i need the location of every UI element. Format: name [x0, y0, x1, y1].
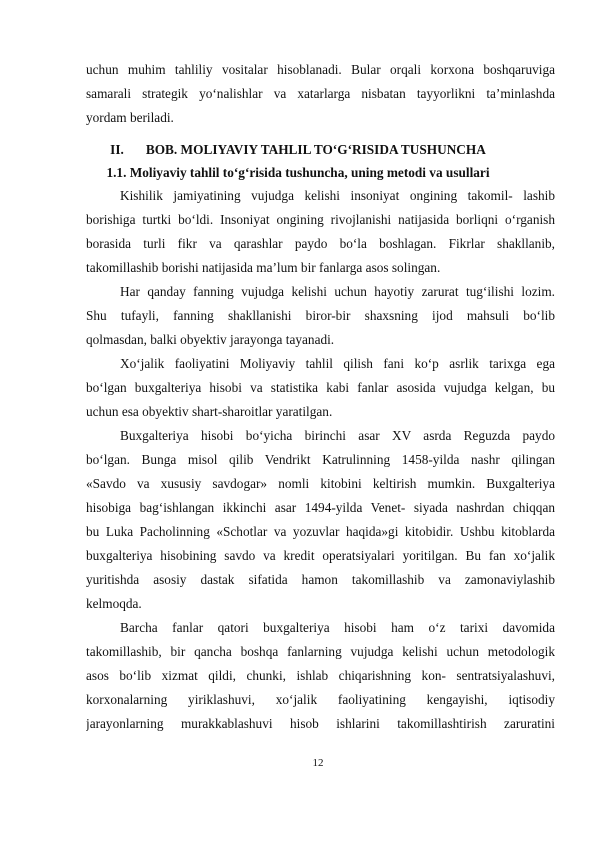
body-text-line: yuritishda asosiy dastak sifatida hamon …: [86, 572, 555, 588]
section-heading: 1.1. Moliyaviy tahlil to‘g‘risida tushun…: [0, 165, 596, 181]
body-text-line: jarayonlarning murakkablashuvi hisob ish…: [86, 716, 555, 732]
body-text-line: korxonalarning yiriklashuvi, xo‘jalik fa…: [86, 692, 555, 708]
body-text-line: bu Luka Pacholinning «Schotlar va yozuvl…: [86, 524, 555, 540]
body-text-line: takomillashib borishi natijasida ma’lum …: [86, 260, 555, 276]
body-text-line: kelmoqda.: [86, 596, 555, 612]
body-text-line: «Savdo va xususiy savdogar» nomli kitobi…: [86, 476, 555, 492]
body-text-line: uchun muhim tahliliy vositalar hisoblana…: [86, 62, 555, 78]
body-text-line: qolmasdan, balki obyektiv jarayonga taya…: [86, 332, 555, 348]
body-text-line: buxgalteriya hisobining savdo va kredit …: [86, 548, 555, 564]
chapter-number: II.: [110, 142, 124, 158]
body-text-line: asos bo‘lib xizmat qildi, chunki, ishlab…: [86, 668, 555, 684]
body-text-line: Barcha fanlar qatori buxgalteriya hisobi…: [86, 620, 555, 636]
body-text-line: Buxgalteriya hisobi bo‘yicha birinchi as…: [86, 428, 555, 444]
body-text-line: Kishilik jamiyatining vujudga kelishi in…: [86, 188, 555, 204]
body-text-line: Xo‘jalik faoliyatini Moliyaviy tahlil qi…: [86, 356, 555, 372]
chapter-title: BOB. MOLIYAVIY TAHLIL TO‘G‘RISIDA TUSHUN…: [146, 142, 486, 157]
document-page: uchun muhim tahliliy vositalar hisoblana…: [0, 0, 596, 842]
body-text-line: bo‘lgan buxgalteriya hisobi va statistik…: [86, 380, 555, 396]
chapter-heading: II.BOB. MOLIYAVIY TAHLIL TO‘G‘RISIDA TUS…: [0, 142, 596, 158]
body-text-line: uchun esa obyektiv shart-sharoitlar yara…: [86, 404, 555, 420]
body-text-line: hisobiga bag‘ishlangan ikkinchi asar 149…: [86, 500, 555, 516]
page-number: 12: [0, 756, 596, 770]
body-text-line: bo‘lgan. Bunga misol qilib Vendrikt Katr…: [86, 452, 555, 468]
body-text-line: borishiga turtki bo‘ldi. Insoniyat ongin…: [86, 212, 555, 228]
body-text-line: samarali strategik yo‘nalishlar va xatar…: [86, 86, 555, 102]
body-text-line: yordam beriladi.: [86, 110, 555, 126]
body-text-line: takomillashib, bir qancha boshqa fanlarn…: [86, 644, 555, 660]
body-text-line: borasida turli fikr va qarashlar paydo b…: [86, 236, 555, 252]
body-text-line: Har qanday fanning vujudga kelishi uchun…: [86, 284, 555, 300]
body-text-line: Shu tufayli, fanning shakllanishi biror-…: [86, 308, 555, 324]
